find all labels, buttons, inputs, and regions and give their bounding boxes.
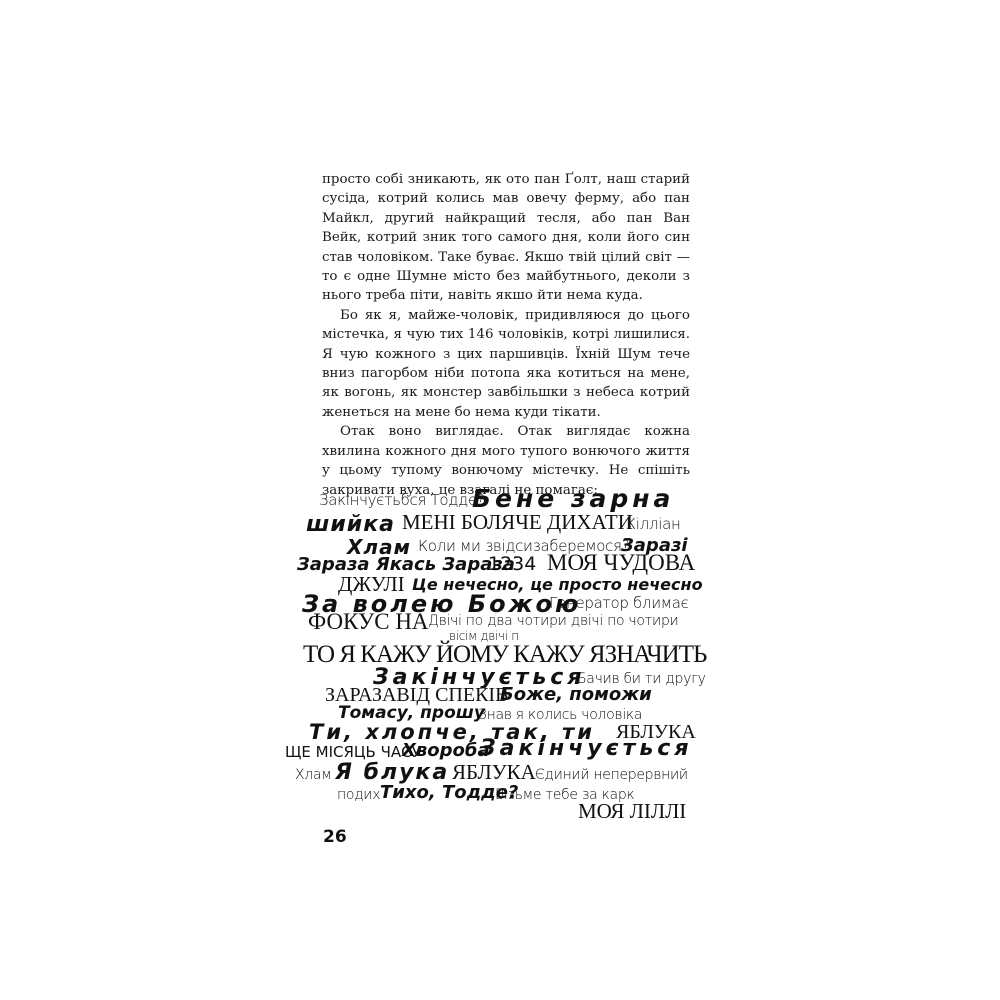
noise-fragment: Генератор блимає [549, 596, 689, 611]
noise-fragment: Хлам [295, 768, 331, 782]
noise-collage: Закінчуєтьбся Тодде? Бене зарна шийка МЕ… [0, 0, 1000, 1000]
noise-fragment: Зараза Якась Зараза [297, 556, 515, 574]
book-page: просто собі зникають, як ото пан Ґолт, н… [0, 0, 1000, 1000]
noise-fragment: Бене зарна [472, 486, 674, 511]
noise-fragment: Закінчуєтьбся Тодде? [319, 493, 485, 508]
noise-fragment: подих [337, 788, 380, 802]
noise-fragment: ФОКУС НА [308, 610, 429, 633]
noise-fragment: ЯБЛУКА [452, 762, 536, 783]
noise-fragment: Хвороба [402, 742, 490, 760]
noise-fragment: Двічі по два чотири двічі по чотири [428, 614, 678, 628]
noise-fragment: Я блука [335, 762, 449, 784]
noise-fragment: Закінчується [480, 738, 692, 760]
page-number: 26 [323, 827, 347, 847]
noise-fragment: МОЯ ЛІЛЛІ [578, 801, 686, 822]
noise-fragment: Кілліан [626, 517, 681, 532]
noise-fragment: ЩЕ МІСЯЦЬ ЧАСУ [285, 745, 421, 760]
noise-fragment: Боже, поможи [500, 686, 652, 704]
noise-fragment: МЕНІ БОЛЯЧЕ ДИХАТИ [402, 512, 633, 533]
noise-fragment: шийка [306, 514, 395, 536]
noise-fragment: Єдиний неперервний [535, 768, 688, 782]
noise-fragment: ТО Я КАЖУ ЙОМУ КАЖУ ЯЗНАЧИТЬ [303, 642, 706, 667]
noise-fragment: 1234 [488, 555, 536, 574]
noise-fragment: ЗАРАЗАВІД СПЕКІВ [325, 685, 508, 705]
noise-fragment: МОЯ ЧУДОВА [547, 551, 695, 574]
